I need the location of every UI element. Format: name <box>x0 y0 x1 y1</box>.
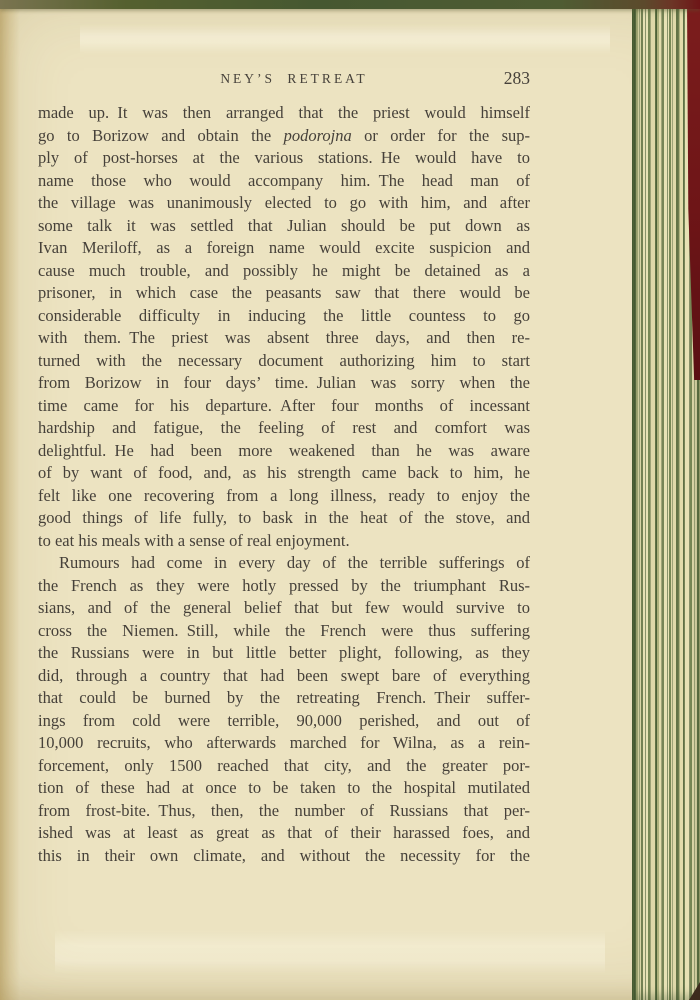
text-segment: the village was unanimously elected to g… <box>38 193 530 212</box>
text-segment: turned with the necessary document autho… <box>38 351 530 370</box>
text-line: ply of post-horses at the various statio… <box>38 147 530 170</box>
text-line: did, through a country that had been swe… <box>38 665 530 688</box>
text-line: good things of life fully, to bask in th… <box>38 507 530 530</box>
text-line: sians, and of the general belief that bu… <box>38 597 530 620</box>
text-line: hardship and fatigue, the feeling of res… <box>38 417 530 440</box>
text-segment: prisoner, in which case the peasants saw… <box>38 283 530 302</box>
text-segment: the French as they were hotly pressed by… <box>38 576 530 595</box>
text-block: made up. It was then arranged that the p… <box>38 102 530 867</box>
text-line: cause much trouble, and possibly he migh… <box>38 260 530 283</box>
page-header: NEY’S RETREAT 283 <box>38 71 530 93</box>
text-segment: forcement, only 1500 reached that city, … <box>38 756 530 775</box>
text-line: turned with the necessary document autho… <box>38 350 530 373</box>
book-page-scan: NEY’S RETREAT 283 made up. It was then a… <box>0 0 700 1000</box>
text-line: delightful. He had been more weakened th… <box>38 440 530 463</box>
text-segment: go to Borizow and obtain the <box>38 126 284 145</box>
text-line: the Russians were in but little better p… <box>38 642 530 665</box>
text-line: some talk it was settled that Julian sho… <box>38 215 530 238</box>
text-segment: hardship and fatigue, the feeling of res… <box>38 418 530 437</box>
text-line: ished was at least as great as that of t… <box>38 822 530 845</box>
text-line: cross the Niemen. Still, while the Frenc… <box>38 620 530 643</box>
text-line: felt like one recovering from a long ill… <box>38 485 530 508</box>
text-line: made up. It was then arranged that the p… <box>38 102 530 125</box>
text-line: with them. The priest was absent three d… <box>38 327 530 350</box>
text-segment: good things of life fully, to bask in th… <box>38 508 530 527</box>
text-line: from frost-bite. Thus, then, the number … <box>38 800 530 823</box>
text-line: Rumours had come in every day of the ter… <box>38 552 530 575</box>
text-segment: this in their own climate, and without t… <box>38 846 530 865</box>
text-segment: the Russians were in but little better p… <box>38 643 530 662</box>
text-line: that could be burned by the retreating F… <box>38 687 530 710</box>
text-line: to eat his meals with a sense of real en… <box>38 530 530 553</box>
text-line: time came for his departure. After four … <box>38 395 530 418</box>
text-line: from Borizow in four days’ time. Julian … <box>38 372 530 395</box>
text-segment: 10,000 recruits, who afterwards marched … <box>38 733 530 752</box>
text-segment: sians, and of the general belief that bu… <box>38 598 530 617</box>
text-segment: with them. The priest was absent three d… <box>38 328 530 347</box>
text-segment: tion of these had at once to be taken to… <box>38 778 530 797</box>
text-line: considerable difficulty in inducing the … <box>38 305 530 328</box>
running-title: NEY’S RETREAT <box>220 71 367 87</box>
book-page: NEY’S RETREAT 283 made up. It was then a… <box>0 0 700 1000</box>
text-line: name those who would accompany him. The … <box>38 170 530 193</box>
text-segment: considerable difficulty in inducing the … <box>38 306 530 325</box>
book-top-page-edge <box>0 0 700 9</box>
text-line: of by want of food, and, as his strength… <box>38 462 530 485</box>
page-number: 283 <box>504 68 530 89</box>
text-segment: Ivan Meriloff, as a foreign name would e… <box>38 238 530 257</box>
text-segment: to eat his meals with a sense of real en… <box>38 531 350 550</box>
text-segment: time came for his departure. After four … <box>38 396 530 415</box>
text-segment: ply of post-horses at the various statio… <box>38 148 530 167</box>
text-segment: some talk it was settled that Julian sho… <box>38 216 530 235</box>
text-segment: ished was at least as great as that of t… <box>38 823 530 842</box>
text-line: ings from cold were terrible, 90,000 per… <box>38 710 530 733</box>
text-segment: ings from cold were terrible, 90,000 per… <box>38 711 530 730</box>
text-segment: felt like one recovering from a long ill… <box>38 486 530 505</box>
text-line: 10,000 recruits, who afterwards marched … <box>38 732 530 755</box>
text-line: the village was unanimously elected to g… <box>38 192 530 215</box>
text-segment: delightful. He had been more weakened th… <box>38 441 530 460</box>
paragraph: made up. It was then arranged that the p… <box>38 102 530 552</box>
text-line: Ivan Meriloff, as a foreign name would e… <box>38 237 530 260</box>
text-segment: name those who would accompany him. The … <box>38 171 530 190</box>
text-segment: cross the Niemen. Still, while the Frenc… <box>38 621 530 640</box>
text-segment: cause much trouble, and possibly he migh… <box>38 261 530 280</box>
paragraph: Rumours had come in every day of the ter… <box>38 552 530 867</box>
text-line: the French as they were hotly pressed by… <box>38 575 530 598</box>
text-segment: of by want of food, and, as his strength… <box>38 463 530 482</box>
italic-word: podorojna <box>284 126 352 145</box>
text-line: forcement, only 1500 reached that city, … <box>38 755 530 778</box>
text-line: go to Borizow and obtain the podorojna o… <box>38 125 530 148</box>
text-segment: that could be burned by the retreating F… <box>38 688 530 707</box>
text-segment: Rumours had come in every day of the ter… <box>59 553 530 572</box>
text-line: tion of these had at once to be taken to… <box>38 777 530 800</box>
text-segment: or order for the sup- <box>352 126 530 145</box>
text-segment: did, through a country that had been swe… <box>38 666 530 685</box>
text-line: prisoner, in which case the peasants saw… <box>38 282 530 305</box>
text-segment: from Borizow in four days’ time. Julian … <box>38 373 530 392</box>
text-segment: from frost-bite. Thus, then, the number … <box>38 801 530 820</box>
text-line: this in their own climate, and without t… <box>38 845 530 868</box>
text-segment: made up. It was then arranged that the p… <box>38 103 530 122</box>
